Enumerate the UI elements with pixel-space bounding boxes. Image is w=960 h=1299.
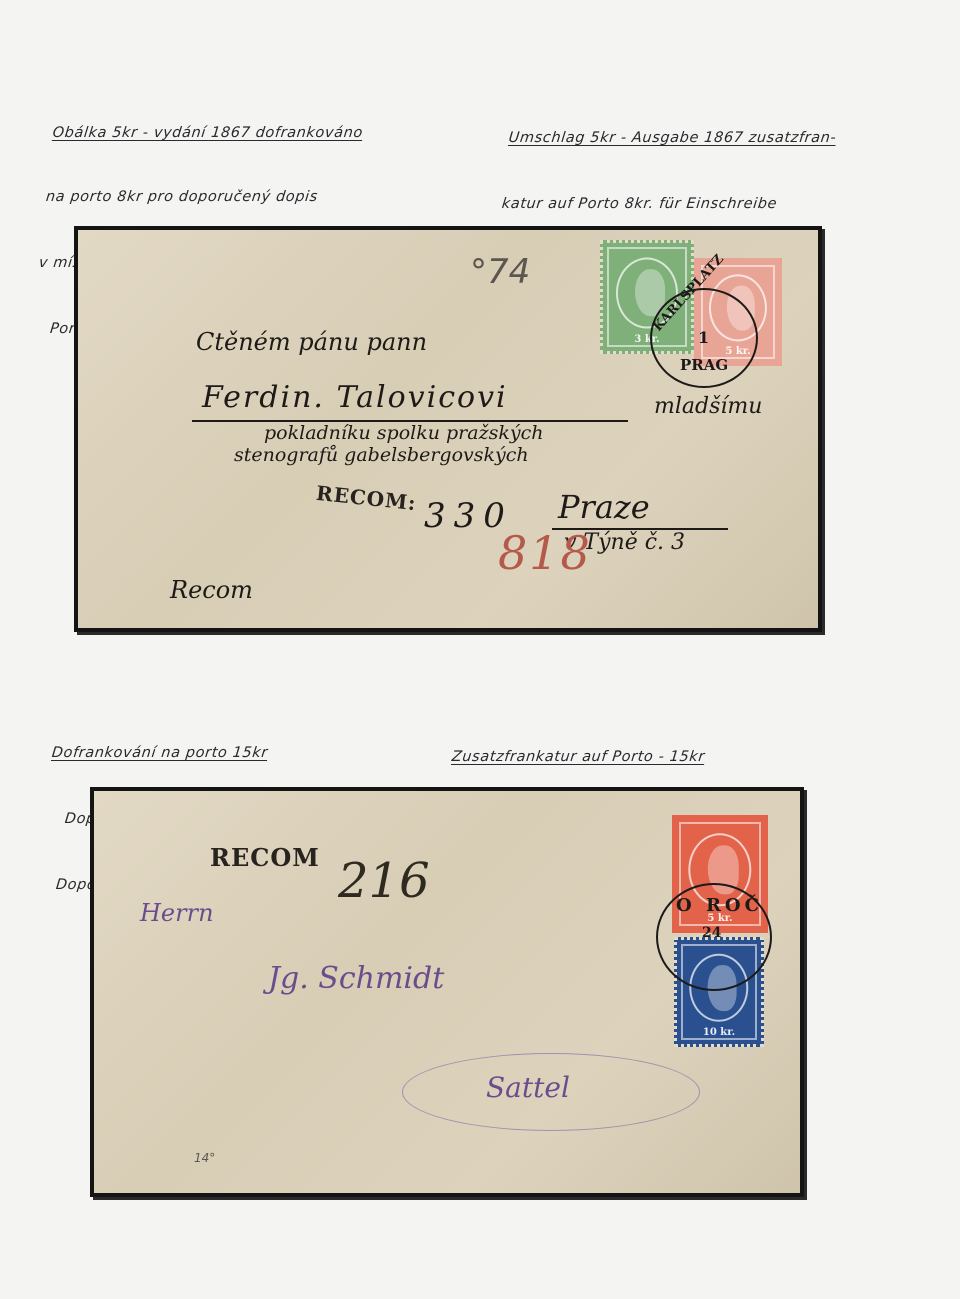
- address-salutation: Herrn: [140, 899, 214, 927]
- annotation-line: Umschlag 5kr - Ausgabe 1867 zusatzfran-: [508, 127, 838, 149]
- annotation-line: Obálka 5kr - vydání 1867 dofrankováno: [51, 122, 364, 144]
- postmark-roc: O ROČ 24: [656, 883, 772, 991]
- pencil-note: 14°: [194, 1151, 215, 1165]
- postmark-day: 24: [702, 925, 721, 941]
- annotation-line: Zusatzfrankatur auf Porto - 15kr: [451, 746, 742, 768]
- postmark-top: O ROČ: [676, 895, 763, 916]
- recom-registration-stamp: RECOM:: [315, 481, 418, 515]
- address-title-suffix: mladšímu: [654, 394, 762, 419]
- postmark-bottom: PRAG: [680, 356, 728, 374]
- stamp-value: 10 kr.: [677, 1027, 761, 1038]
- annotation-line: na porto 8kr pro doporučený dopis: [45, 186, 358, 208]
- red-crayon-number: 818: [498, 526, 592, 580]
- postmark-karlsplatz-prag: KARLSPLATZ 1 PRAG: [650, 288, 758, 388]
- envelope-2: RECOM 216 5 kr. 10 kr. O ROČ 24 Herrn Jg…: [90, 787, 804, 1197]
- envelope-1: °74 3 kr. 5 kr. KARLSPLATZ 1 PRAG Ctěném…: [74, 226, 822, 632]
- city-flourish: [402, 1053, 700, 1131]
- address-name: Jg. Schmidt: [268, 961, 444, 996]
- address-line3: pokladníku spolku pražských: [264, 422, 543, 444]
- postmark-day: 1: [698, 328, 709, 347]
- handwritten-recom: Recom: [170, 576, 253, 604]
- pencil-number: °74: [470, 252, 530, 292]
- registration-number: 216: [338, 853, 430, 909]
- annotation-line: katur auf Porto 8kr. für Einschreibe: [501, 193, 831, 215]
- address-city: Praze: [558, 488, 650, 526]
- annotation-line: Dofrankování na porto 15kr: [51, 742, 292, 764]
- address-name: Ferdin. Talovicovi: [202, 380, 508, 415]
- recom-registration-stamp: RECOM: [210, 843, 320, 872]
- address-salutation: Ctěném pánu pann: [196, 328, 427, 356]
- address-line4: stenografů gabelsbergovských: [234, 444, 529, 466]
